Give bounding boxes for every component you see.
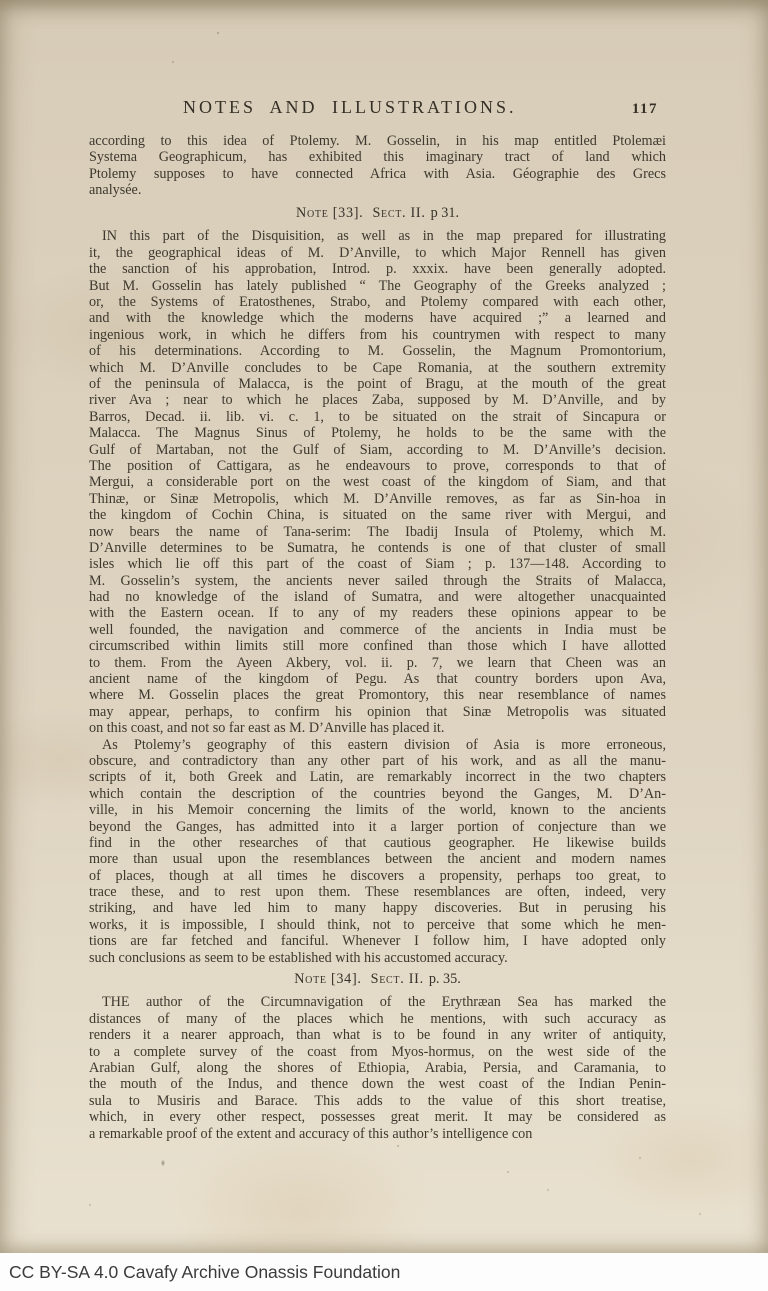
text-line: which, in every other respect, possesses… — [89, 1109, 666, 1125]
note-section: Sect. II. — [372, 205, 425, 221]
text-line: according to this idea of Ptolemy. M. Go… — [89, 133, 666, 149]
screenshot-viewport: NOTES AND ILLUSTRATIONS. 117 according t… — [0, 0, 768, 1291]
text-line: trace these, and to rest upon them. Thes… — [89, 884, 666, 900]
text-line: Barros, Decad. ii. lib. vi. c. 1, to be … — [89, 409, 666, 425]
text-line: the kingdom of Cochin China, is situated… — [89, 507, 666, 523]
text-line: now bears the name of Tana-serim: The Ib… — [89, 524, 666, 540]
text-line: D’Anville determines to be Sumatra, he c… — [89, 540, 666, 556]
text-line: to them. From the Ayeen Akbery, vol. ii.… — [89, 655, 666, 671]
text-column: NOTES AND ILLUSTRATIONS. 117 according t… — [89, 0, 666, 1142]
text-line: Systema Geographicum, has exhibited this… — [89, 149, 666, 165]
text-line: the mouth of the Indus, and thence down … — [89, 1076, 666, 1092]
text-line: ville, in his Memoir concerning the limi… — [89, 802, 666, 818]
text-line: The position of Cattigara, as he endeavo… — [89, 458, 666, 474]
page-number: 117 — [632, 101, 658, 117]
text-line: striking, and have led him to many happy… — [89, 900, 666, 916]
note-34-paragraph-1: THE author of the Circumnavigation of th… — [89, 994, 666, 1142]
scanned-book-page: NOTES AND ILLUSTRATIONS. 117 according t… — [0, 0, 768, 1253]
license-caption: CC BY-SA 4.0 Cavafy Archive Onassis Foun… — [9, 1262, 400, 1283]
note-33-paragraph-1: IN this part of the Disquisition, as wel… — [89, 228, 666, 736]
note-page-ref: p 31. — [431, 205, 459, 221]
text-line: it, the geographical ideas of M. D’Anvil… — [89, 245, 666, 261]
text-line: M. Gosselin’s system, the ancients never… — [89, 573, 666, 589]
running-head: NOTES AND ILLUSTRATIONS. 117 — [89, 99, 666, 118]
text-line: had no knowledge of the island of Sumatr… — [89, 589, 666, 605]
text-line: circumscribed within limits still more c… — [89, 638, 666, 654]
text-line: ingenious work, in which he differs from… — [89, 327, 666, 343]
text-line: or, the Systems of Eratosthenes, Strabo,… — [89, 294, 666, 310]
text-line: such conclusions as seem to be establish… — [89, 950, 666, 966]
text-line: distances of many of the places which he… — [89, 1011, 666, 1027]
text-line: a remarkable proof of the extent and acc… — [89, 1126, 666, 1142]
text-line: of his determinations. According to M. G… — [89, 343, 666, 359]
text-line: isles which lie off this part of the coa… — [89, 556, 666, 572]
text-line: beyond the Ganges, has admitted into it … — [89, 819, 666, 835]
text-line: the sanction of his approbation, Introd.… — [89, 261, 666, 277]
note-label: Note [33]. — [296, 205, 363, 221]
text-line: river Ava ; near to which he places Zaba… — [89, 392, 666, 408]
text-line: on this coast, and not so far east as M.… — [89, 720, 666, 736]
text-line: obscure, and contradictory than any othe… — [89, 753, 666, 769]
text-line: may appear, perhaps, to confirm his opin… — [89, 704, 666, 720]
text-line: which contain the description of the cou… — [89, 786, 666, 802]
text-line: But M. Gosselin has lately published “ T… — [89, 278, 666, 294]
text-line: where M. Gosselin places the great Promo… — [89, 687, 666, 703]
text-line: analysée. — [89, 182, 666, 198]
text-line: find in the other researches of that cau… — [89, 835, 666, 851]
text-line: to a complete survey of the coast from M… — [89, 1044, 666, 1060]
text-line: works, it is impossible, I should think,… — [89, 917, 666, 933]
text-line: and with the knowledge which the moderns… — [89, 310, 666, 326]
text-line: As Ptolemy’s geography of this eastern d… — [89, 737, 666, 753]
text-line: which M. D’Anville concludes to be Cape … — [89, 360, 666, 376]
text-line: Mergui, a considerable port on the west … — [89, 474, 666, 490]
text-line: with the Eastern ocean. If to any of my … — [89, 605, 666, 621]
text-line: renders it a nearer approach, than what … — [89, 1027, 666, 1043]
text-line: of the peninsula of Malacca, is the poin… — [89, 376, 666, 392]
text-line: tions are far fetched and fanciful. When… — [89, 933, 666, 949]
text-line: Malacca. The Magnus Sinus of Ptolemy, he… — [89, 425, 666, 441]
text-line: scripts of it, both Greek and Latin, are… — [89, 769, 666, 785]
text-line: more than usual upon the resemblances be… — [89, 851, 666, 867]
note-section: Sect. II. — [371, 971, 424, 987]
text-line: ancient name of the kingdom of Pegu. As … — [89, 671, 666, 687]
note-page-ref: p. 35. — [429, 971, 461, 987]
note-33-paragraph-2: As Ptolemy’s geography of this eastern d… — [89, 737, 666, 966]
text-line: THE author of the Circumnavigation of th… — [89, 994, 666, 1010]
text-line: IN this part of the Disquisition, as wel… — [89, 228, 666, 244]
text-line: well founded, the navigation and commerc… — [89, 622, 666, 638]
note-label: Note [34]. — [294, 971, 361, 987]
text-line: Arabian Gulf, along the shores of Ethiop… — [89, 1060, 666, 1076]
text-line: sula to Musiris and Barace. This adds to… — [89, 1093, 666, 1109]
note-33-heading: Note [33].Sect. II.p 31. — [89, 205, 666, 221]
attribution-bar: CC BY-SA 4.0 Cavafy Archive Onassis Foun… — [0, 1253, 768, 1291]
continuation-paragraph: according to this idea of Ptolemy. M. Go… — [89, 133, 666, 199]
text-line: Thinæ, or Sinæ Metropolis, which M. D’An… — [89, 491, 666, 507]
text-line: Ptolemy supposes to have connected Afric… — [89, 166, 666, 182]
text-line: Gulf of Martaban, not the Gulf of Siam, … — [89, 442, 666, 458]
note-34-heading: Note [34].Sect. II.p. 35. — [89, 971, 666, 987]
page-title: NOTES AND ILLUSTRATIONS. — [183, 99, 517, 115]
text-line: of places, though at all times he discov… — [89, 868, 666, 884]
